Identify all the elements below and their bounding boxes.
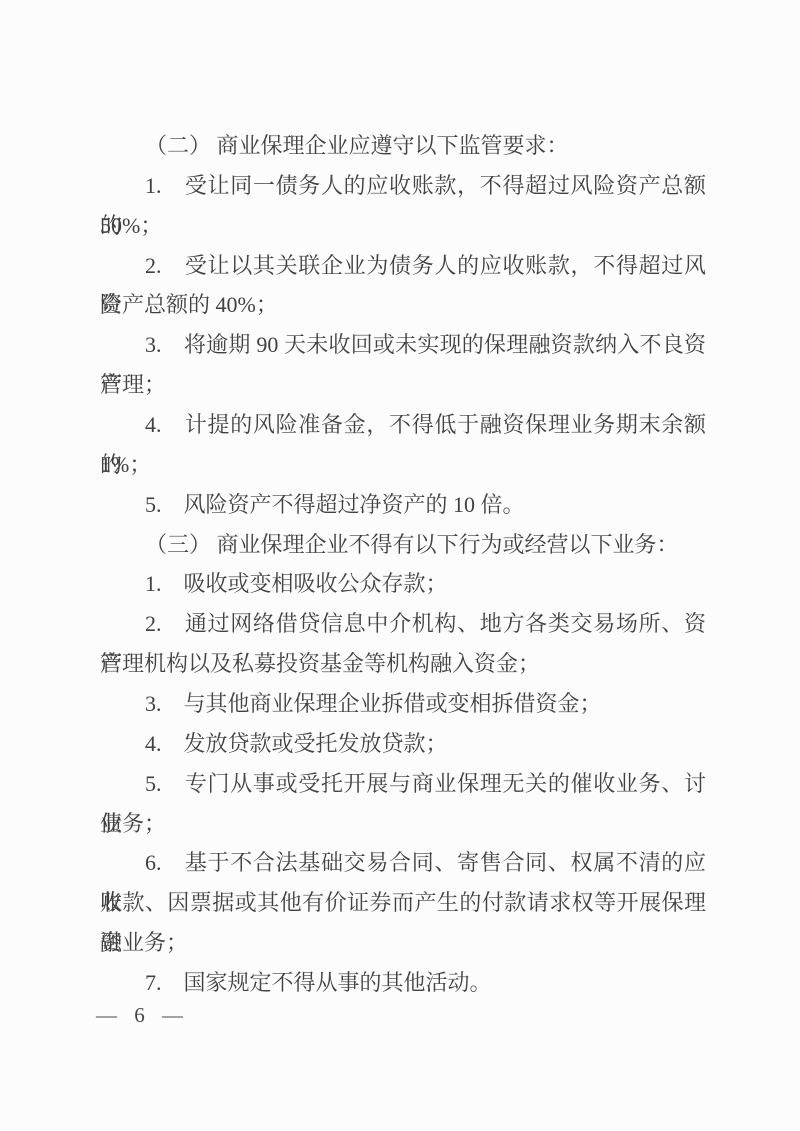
text-line: 6. 基于不合法基础交易合同、寄售合同、权属不清的应收 [100,843,706,883]
text-line: 1. 吸收或变相吸收公众存款； [100,564,706,604]
document-body: （二） 商业保理企业应遵守以下监管要求：1. 受让同一债务人的应收账款，不得超过… [100,126,706,1003]
text-line: 1. 受让同一债务人的应收账款，不得超过风险资产总额的 [100,166,706,206]
document-page: （二） 商业保理企业应遵守以下监管要求：1. 受让同一债务人的应收账款，不得超过… [0,0,800,1131]
text-line: 4. 发放贷款或受托发放贷款； [100,724,706,764]
text-line: 管理； [100,365,706,405]
text-line: 3. 与其他商业保理企业拆借或变相拆借资金； [100,684,706,724]
text-line: 账款、因票据或其他有价证券而产生的付款请求权等开展保理融 [100,883,706,923]
page-number: — 6 — [96,1001,183,1029]
text-line: 2. 受让以其关联企业为债务人的应收账款，不得超过风险 [100,246,706,286]
text-line: 2. 通过网络借贷信息中介机构、地方各类交易场所、资产 [100,604,706,644]
text-line: 资产总额的 40%； [100,285,706,325]
text-line: 5. 风险资产不得超过净资产的 10 倍。 [100,485,706,525]
text-line: 业务； [100,804,706,844]
text-line: 管理机构以及私募投资基金等机构融入资金； [100,644,706,684]
text-line: 1%； [100,445,706,485]
text-line: （二） 商业保理企业应遵守以下监管要求： [100,126,706,166]
text-line: 3. 将逾期 90 天未收回或未实现的保理融资款纳入不良资产 [100,325,706,365]
text-line: 7. 国家规定不得从事的其他活动。 [100,963,706,1003]
text-line: 4. 计提的风险准备金，不得低于融资保理业务期末余额的 [100,405,706,445]
text-line: 资业务； [100,923,706,963]
text-line: 5. 专门从事或受托开展与商业保理无关的催收业务、讨债 [100,764,706,804]
text-line: 50%； [100,206,706,246]
text-line: （三） 商业保理企业不得有以下行为或经营以下业务： [100,525,706,565]
